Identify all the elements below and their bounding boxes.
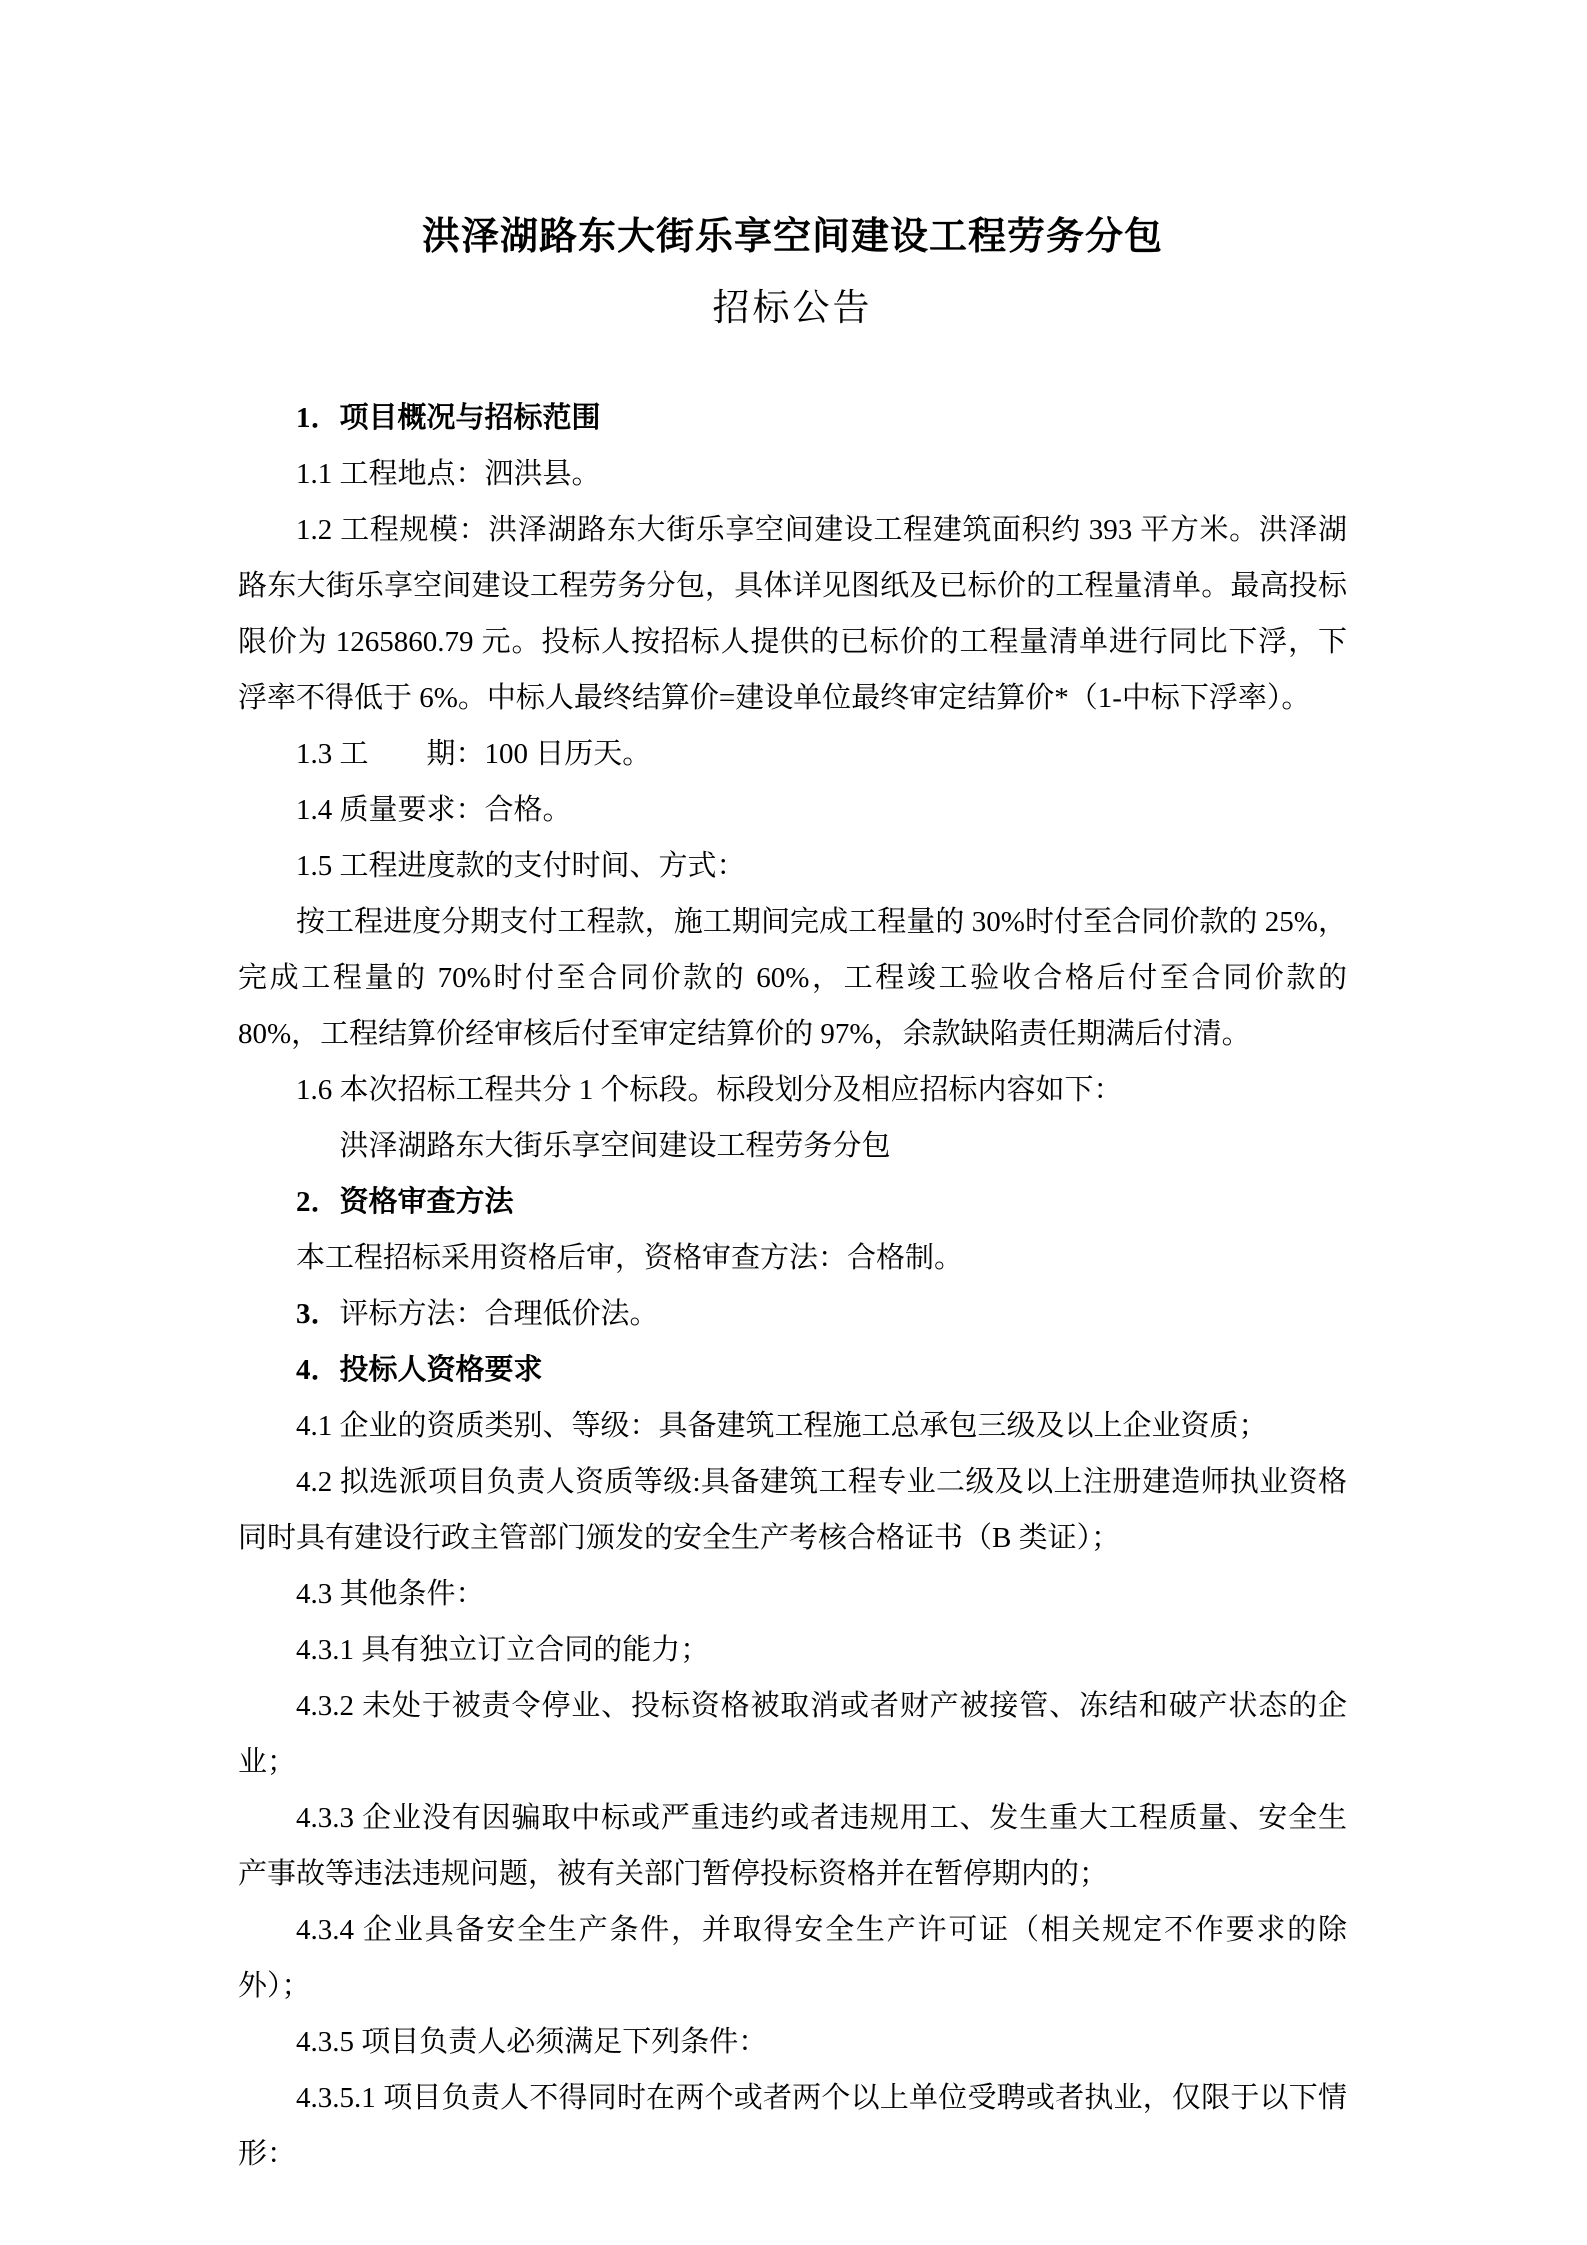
document-subtitle: 招标公告	[238, 284, 1347, 334]
evaluation-method-number: 3．	[296, 1298, 340, 1330]
para-project-scale: 1.2 工程规模：洪泽湖路东大街乐享空间建设工程建筑面积约 393 平方米。洪泽…	[238, 502, 1347, 726]
para-condition-no-violations: 4.3.3 企业没有因骗取中标或严重违约或者违规用工、发生重大工程质量、安全生产…	[238, 1790, 1347, 1902]
heading-qualification-review: 2．资格审查方法	[238, 1174, 1347, 1230]
para-other-conditions-title: 4.3 其他条件：	[238, 1566, 1347, 1622]
document-title: 洪泽湖路东大街乐享空间建设工程劳务分包	[238, 212, 1347, 262]
document-body: 1．项目概况与招标范围 1.1 工程地点：泗洪县。 1.2 工程规模：洪泽湖路东…	[238, 390, 1347, 2182]
para-condition-contract-ability: 4.3.1 具有独立订立合同的能力；	[238, 1622, 1347, 1678]
para-construction-period: 1.3 工 期：100 日历天。	[238, 726, 1347, 782]
para-condition-safety-license: 4.3.4 企业具备安全生产条件，并取得安全生产许可证（相关规定不作要求的除外）…	[238, 1902, 1347, 2014]
para-quality-requirement: 1.4 质量要求：合格。	[238, 782, 1347, 838]
document-page: 洪泽湖路东大街乐享空间建设工程劳务分包 招标公告 1．项目概况与招标范围 1.1…	[0, 0, 1587, 2245]
para-bid-section-name: 洪泽湖路东大街乐享空间建设工程劳务分包	[238, 1118, 1347, 1174]
heading-bidder-requirements: 4．投标人资格要求	[238, 1342, 1347, 1398]
para-payment-terms: 按工程进度分期支付工程款，施工期间完成工程量的 30%时付至合同价款的 25%，…	[238, 894, 1347, 1062]
para-project-manager-single-employment: 4.3.5.1 项目负责人不得同时在两个或者两个以上单位受聘或者执业，仅限于以下…	[238, 2070, 1347, 2182]
para-project-location: 1.1 工程地点：泗洪县。	[238, 446, 1347, 502]
para-qualification-method: 本工程招标采用资格后审，资格审查方法：合格制。	[238, 1230, 1347, 1286]
evaluation-method-text: 评标方法：合理低价法。	[340, 1298, 659, 1330]
heading-project-overview: 1．项目概况与招标范围	[238, 390, 1347, 446]
para-condition-not-suspended: 4.3.2 未处于被责令停业、投标资格被取消或者财产被接管、冻结和破产状态的企业…	[238, 1678, 1347, 1790]
para-project-manager-qualification: 4.2 拟选派项目负责人资质等级:具备建筑工程专业二级及以上注册建造师执业资格同…	[238, 1454, 1347, 1566]
para-payment-schedule-title: 1.5 工程进度款的支付时间、方式：	[238, 838, 1347, 894]
para-enterprise-qualification: 4.1 企业的资质类别、等级：具备建筑工程施工总承包三级及以上企业资质；	[238, 1398, 1347, 1454]
para-bid-sections: 1.6 本次招标工程共分 1 个标段。标段划分及相应招标内容如下：	[238, 1062, 1347, 1118]
para-project-manager-conditions-title: 4.3.5 项目负责人必须满足下列条件：	[238, 2014, 1347, 2070]
heading-evaluation-method: 3．评标方法：合理低价法。	[238, 1286, 1347, 1342]
